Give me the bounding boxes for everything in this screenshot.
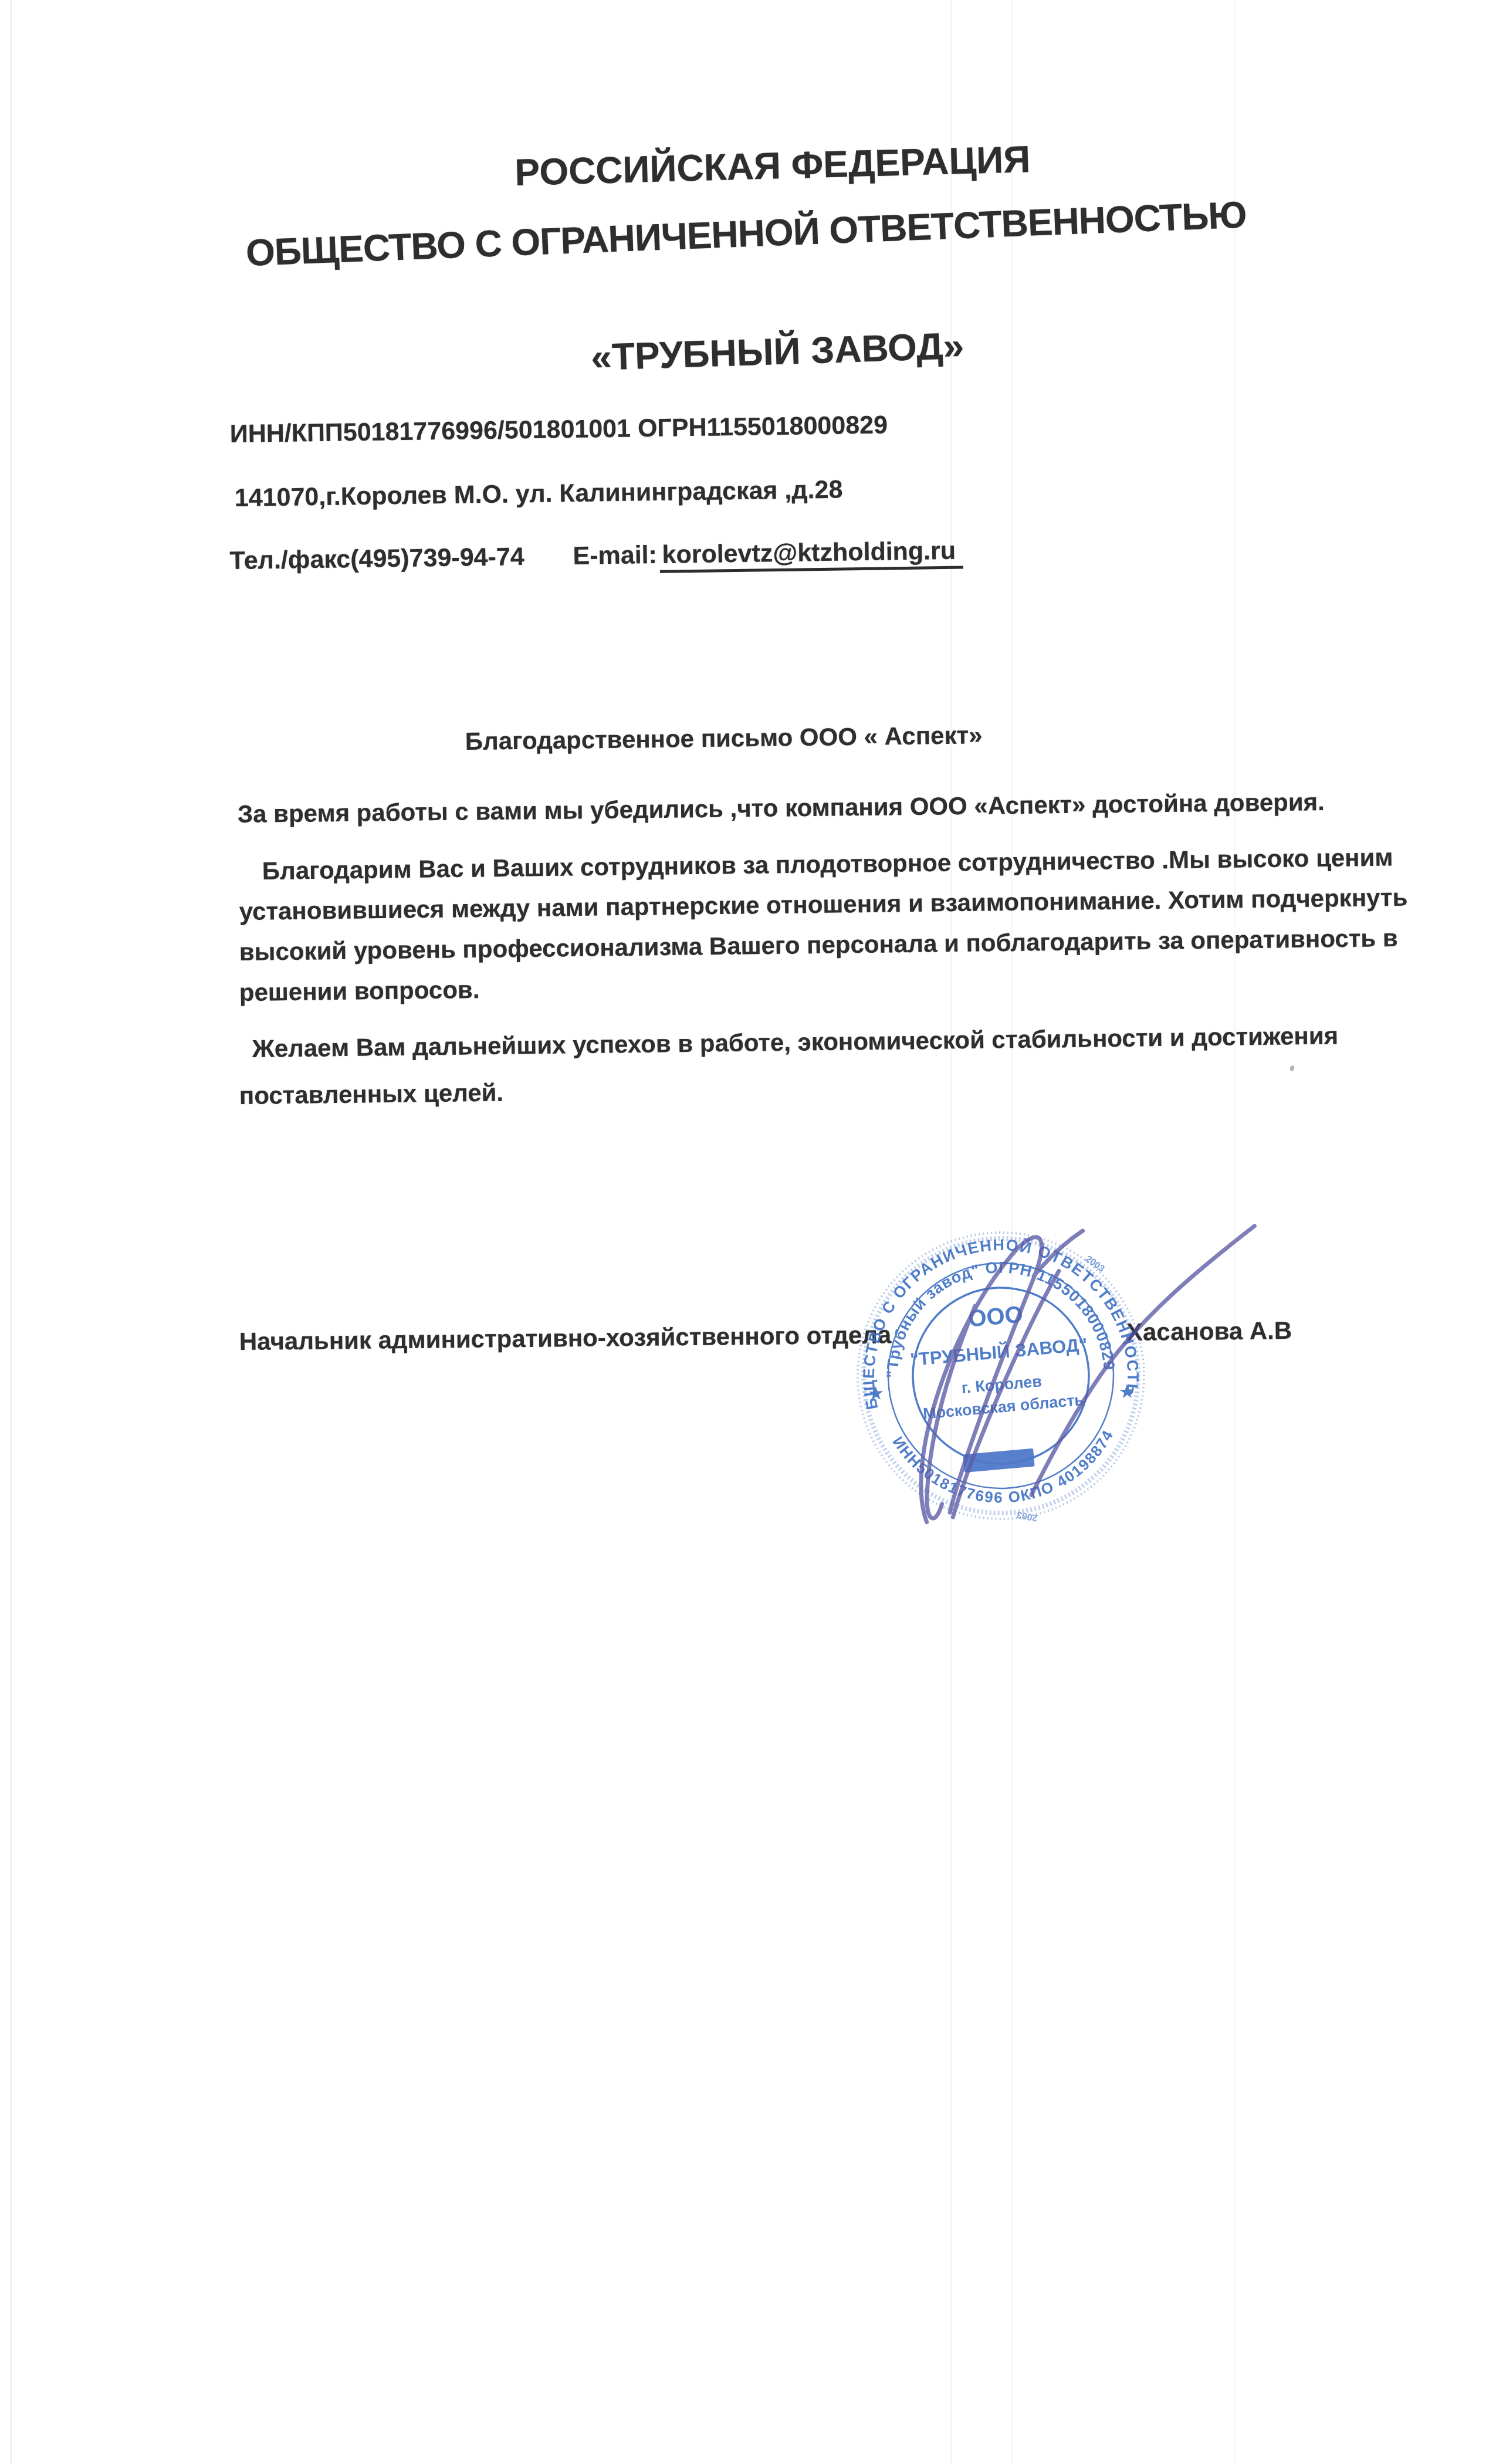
letter-paragraph-3-line-2: поставленных целей.	[239, 1081, 504, 1108]
letter-paragraph-1: За время работы с вами мы убедились ,что…	[238, 790, 1325, 827]
email-label: E-mail:	[573, 543, 657, 569]
company-phone-fax: Тел./факс(495)739-94-74	[229, 543, 524, 575]
company-address: 141070,г.Королев М.О. ул. Калининградска…	[235, 478, 843, 511]
signer-position: Начальник административно-хозяйственного…	[239, 1322, 892, 1354]
company-inn-kpp-ogrn: ИНН/КПП50181776996/501801001 ОГРН1155018…	[230, 412, 888, 447]
letterhead-company-form: ОБЩЕСТВО С ОГРАНИЧЕННОЙ ОТВЕТСТВЕННОСТЬЮ	[245, 196, 1247, 272]
stamp-star-left: ★	[868, 1384, 884, 1403]
letter-paragraph-2-line-2: установившиеся между нами партнерские от…	[239, 885, 1408, 924]
letter-title: Благодарственное письмо ООО « Аспект»	[465, 723, 983, 754]
letter-paragraph-2-line-3: высокий уровень профессионализма Вашего …	[239, 926, 1398, 964]
letterhead-company-name: «ТРУБНЫЙ ЗАВОД»	[590, 327, 964, 376]
stamp-star-right: ★	[1119, 1382, 1135, 1401]
letter-paragraph-2-line-4: решении вопросов.	[239, 977, 480, 1005]
company-stamp: 2003 2003 ОБЩЕСТВО С ОГРАНИЧЕННОЙ ОТВЕТС…	[796, 1170, 1324, 1581]
scan-speck	[1289, 1065, 1295, 1072]
stamp-microtext-year-bottom: 2003	[1016, 1509, 1038, 1523]
scanned-letter-page: РОССИЙСКАЯ ФЕДЕРАЦИЯ ОБЩЕСТВО С ОГРАНИЧЕ…	[0, 0, 1496, 2464]
scan-streak	[10, 0, 12, 2464]
stamp-center-region: Московская область	[922, 1391, 1085, 1423]
company-email: korolevtz@ktzholding.ru	[659, 539, 963, 573]
letterhead-country: РОССИЙСКАЯ ФЕДЕРАЦИЯ	[515, 140, 1031, 191]
company-contacts-line: Тел./факс(495)739-94-74 E-mail: korolevt…	[229, 537, 1051, 584]
letter-paragraph-2-line-1: Благодарим Вас и Ваших сотрудников за пл…	[262, 845, 1393, 884]
letter-paragraph-3-line-1: Желаем Вам дальнейших успехов в работе, …	[252, 1023, 1339, 1061]
